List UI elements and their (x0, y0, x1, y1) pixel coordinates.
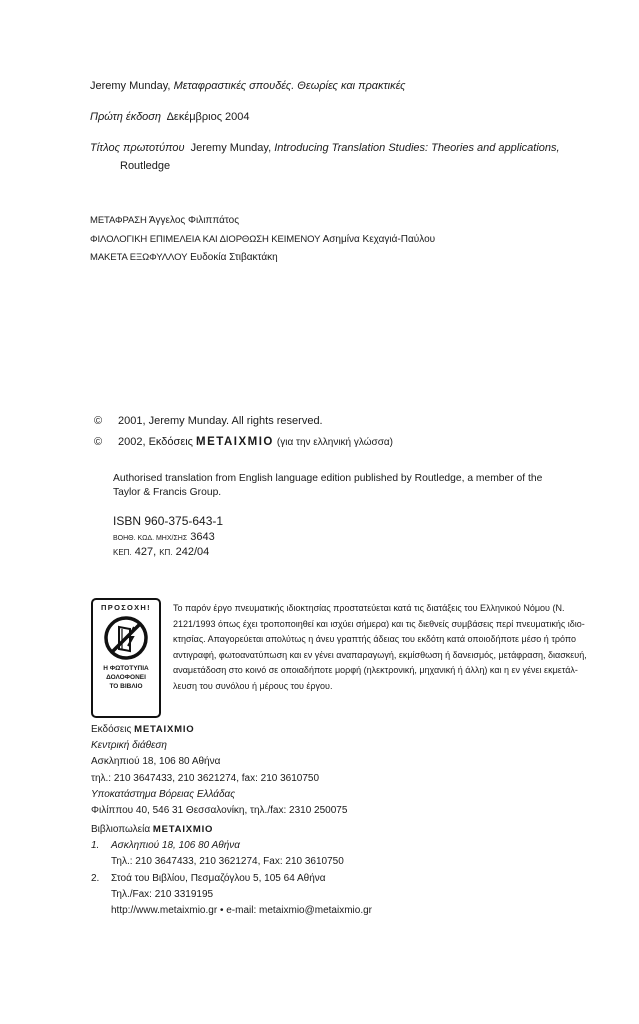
notice-line: 2121/1993 όπως έχει τροποποιηθεί και ισχ… (173, 617, 568, 633)
publisher-brand: ΜΕΤΑΙΧΜΙΟ (196, 436, 274, 448)
bookstores-label: Βιβλιοπωλεία (91, 824, 150, 835)
credit-translation: ΜΕΤΑΦΡΑΣΗ Άγγελος Φιλιππάτος (90, 214, 239, 227)
aux-code-line: ΒΟΗΘ. ΚΩΔ. ΜΗΧ/ΣΗΣ 3643 (113, 530, 215, 546)
kp-value: 242/04 (176, 546, 210, 558)
bookstore-item: 1.Ασκληπιού 18, 106 80 Αθήνα (91, 838, 372, 854)
publisher-label: Εκδόσεις (91, 724, 131, 735)
central-phone: τηλ.: 210 3647433, 210 3621274, fax: 210… (91, 771, 347, 787)
original-title: Introducing Translation Studies: Theorie… (274, 142, 559, 154)
kp-label: ΚΠ. (159, 548, 172, 557)
kep-line: ΚΕΠ. 427, ΚΠ. 242/04 (113, 545, 209, 560)
credit-role: ΦΙΛΟΛΟΓΙΚΗ ΕΠΙΜΕΛΕΙΑ ΚΑΙ ΔΙΟΡΘΩΣΗ ΚΕΙΜΕΝ… (90, 234, 320, 245)
website-link[interactable]: http://www.metaixmio.gr (111, 905, 217, 916)
warning-title: ΠΡΟΣΟΧΗ! (93, 603, 159, 612)
aux-code-label: ΒΟΗΘ. ΚΩΔ. ΜΗΧ/ΣΗΣ (113, 535, 187, 542)
original-publisher: Routledge (120, 159, 170, 173)
bookstore-item: 2.Στοά του Βιβλίου, Πεσμαζόγλου 5, 105 6… (91, 871, 372, 887)
warning-text: Η ΦΩΤΟΤΥΠΙΑ ΔΟΛΟΦΟΝΕΙ ΤΟ ΒΙΒΛΙΟ (93, 664, 159, 691)
credit-name: Ασημίνα Κεχαγιά-Παύλου (323, 234, 436, 245)
first-edition-label: Πρώτη έκδοση (90, 111, 161, 123)
kep-value: 427, (135, 546, 156, 558)
greek-title: Μεταφραστικές σπουδές. Θεωρίες και πρακτ… (174, 80, 406, 92)
list-number: 2. (91, 871, 111, 887)
first-edition-line: Πρώτη έκδοση Δεκέμβριος 2004 (90, 110, 250, 124)
original-title-line: Τίτλος πρωτοτύπου Jeremy Munday, Introdu… (90, 141, 560, 155)
copyright-notice: Το παρόν έργο πνευματικής ιδιοκτησίας πρ… (173, 601, 568, 695)
email-label: e-mail: (226, 905, 256, 916)
central-address: Ασκληπιού 18, 106 80 Αθήνα (91, 754, 347, 770)
copyright-text-1: 2001, Jeremy Munday. All rights reserved… (118, 415, 323, 427)
aux-code-value: 3643 (190, 531, 214, 543)
author-name: Jeremy Munday, (90, 80, 171, 92)
bookstores: Βιβλιοπωλεία ΜΕΤΑΙΧΜΙΟ 1.Ασκληπιού 18, 1… (91, 822, 372, 919)
branch-label: Υποκατάστημα Βόρειας Ελλάδας (91, 787, 347, 803)
publisher-brand: ΜΕΤΑΙΧΜΙΟ (134, 724, 194, 735)
credit-name: Άγγελος Φιλιππάτος (149, 215, 239, 226)
copyright-icon: © (94, 435, 118, 449)
branch-address: Φιλίππου 40, 546 31 Θεσσαλονίκη, τηλ./fa… (91, 803, 347, 819)
bookstores-brand: ΜΕΤΑΙΧΜΙΟ (153, 824, 213, 835)
credit-role: ΜΑΚΕΤΑ ΕΞΩΦΥΛΛΟΥ (90, 252, 187, 263)
copyright-text-2: 2002, Εκδόσεις (118, 436, 193, 448)
notice-line: λευση του συνόλου ή μέρους του έργου. (173, 679, 568, 695)
publisher-contact: Εκδόσεις ΜΕΤΑΙΧΜΙΟ Κεντρική διάθεση Ασκλ… (91, 722, 347, 819)
authorisation-line-1: Authorised translation from English lang… (113, 472, 542, 485)
credit-role: ΜΕΤΑΦΡΑΣΗ (90, 215, 147, 226)
no-photocopy-icon (103, 615, 149, 661)
bookstore-address: Στοά του Βιβλίου, Πεσμαζόγλου 5, 105 64 … (111, 873, 326, 884)
credit-editing: ΦΙΛΟΛΟΓΙΚΗ ΕΠΙΜΕΛΕΙΑ ΚΑΙ ΔΙΟΡΘΩΣΗ ΚΕΙΜΕΝ… (90, 233, 435, 246)
first-edition-date: Δεκέμβριος 2004 (167, 111, 250, 123)
credit-cover: ΜΑΚΕΤΑ ΕΞΩΦΥΛΛΟΥ Ευδοκία Στιβακτάκη (90, 251, 278, 264)
original-title-label: Τίτλος πρωτοτύπου (90, 142, 185, 154)
web-contact-line: http://www.metaixmio.gr • e-mail: metaix… (91, 903, 372, 919)
authorisation-line-2: Taylor & Francis Group. (113, 486, 221, 499)
warning-line: Η ΦΩΤΟΤΥΠΙΑ (93, 664, 159, 673)
copyright-icon: © (94, 414, 118, 428)
credit-name: Ευδοκία Στιβακτάκη (190, 252, 278, 263)
book-title-line: Jeremy Munday, Μεταφραστικές σπουδές. Θε… (90, 79, 405, 93)
warning-line: ΔΟΛΟΦΟΝΕΙ (93, 673, 159, 682)
notice-line: κτησίας. Απαγορεύεται απολύτως η άνευ γρ… (173, 632, 568, 648)
bookstore-phone: Τηλ.: 210 3647433, 210 3621274, Fax: 210… (91, 854, 372, 870)
kep-label: ΚΕΠ. (113, 548, 132, 557)
copyright-language-note: (για την ελληνική γλώσσα) (277, 437, 393, 448)
separator: • (220, 905, 224, 916)
publisher-heading: Εκδόσεις ΜΕΤΑΙΧΜΙΟ (91, 722, 347, 738)
email-link[interactable]: metaixmio@metaixmio.gr (259, 905, 372, 916)
copyright-line-1: ©2001, Jeremy Munday. All rights reserve… (94, 414, 323, 428)
notice-line: Το παρόν έργο πνευματικής ιδιοκτησίας πρ… (173, 601, 568, 617)
notice-line: αναμετάδοση στο κοινό σε οποιαδήποτε μορ… (173, 663, 568, 679)
original-author: Jeremy Munday, (191, 142, 272, 154)
bookstores-heading: Βιβλιοπωλεία ΜΕΤΑΙΧΜΙΟ (91, 822, 372, 838)
bookstore-address: Ασκληπιού 18, 106 80 Αθήνα (111, 840, 240, 851)
photocopy-warning-badge: ΠΡΟΣΟΧΗ! Η ΦΩΤΟΤΥΠΙΑ ΔΟΛΟΦΟΝΕΙ ΤΟ ΒΙΒΛΙΟ (91, 598, 161, 718)
warning-line: ΤΟ ΒΙΒΛΙΟ (93, 682, 159, 691)
copyright-line-2: ©2002, Εκδόσεις ΜΕΤΑΙΧΜΙΟ (για την ελλην… (94, 435, 393, 450)
bookstore-phone: Τηλ./Fax: 210 3319195 (91, 887, 372, 903)
list-number: 1. (91, 838, 111, 854)
notice-line: αντιγραφή, φωτοανατύπωση και εν γένει αν… (173, 648, 568, 664)
central-distribution-label: Κεντρική διάθεση (91, 738, 347, 754)
isbn: ISBN 960-375-643-1 (113, 514, 223, 529)
